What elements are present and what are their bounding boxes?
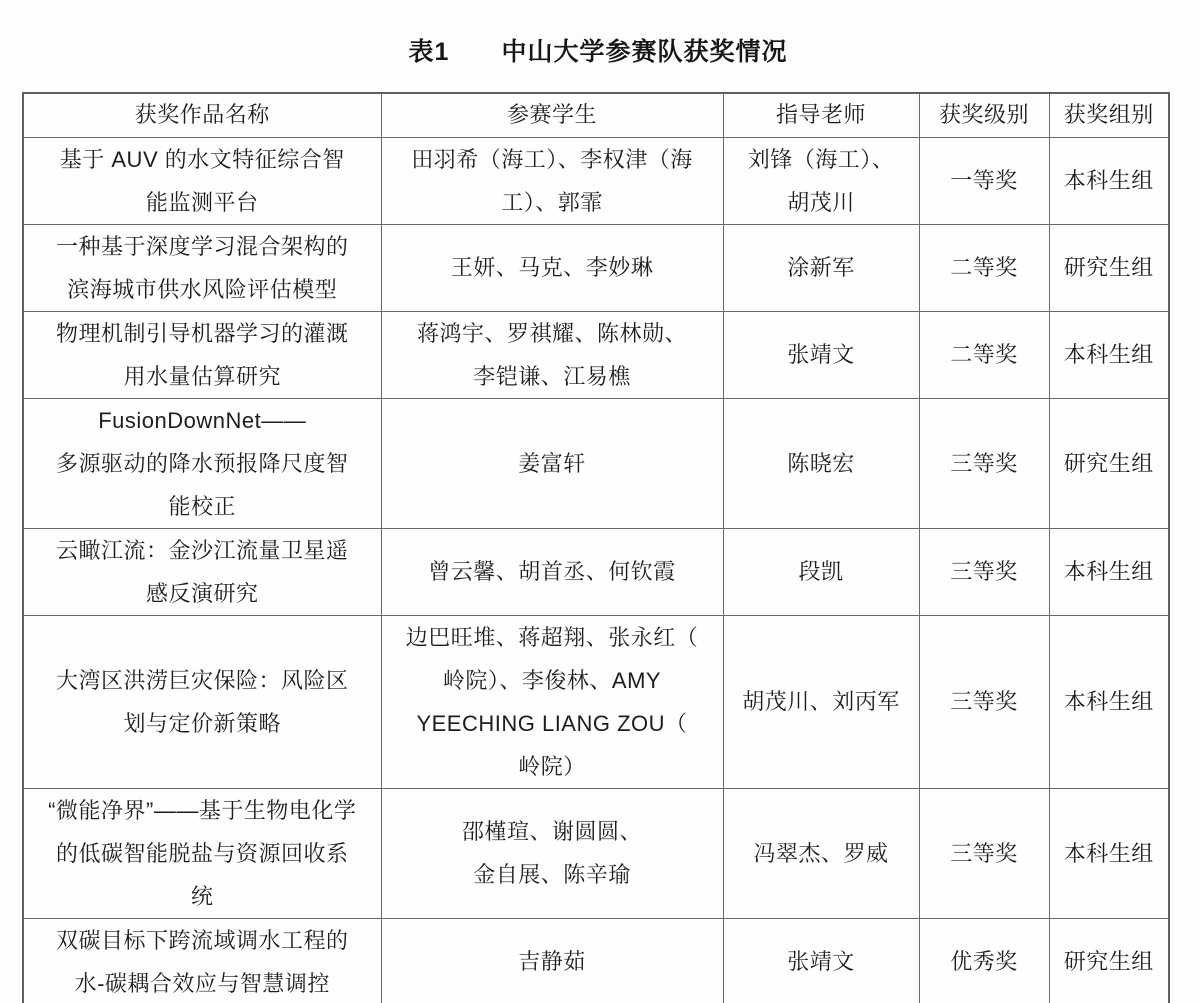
column-header: 获奖级别 (919, 93, 1049, 137)
cell-advisors: 冯翠杰、罗威 (723, 788, 919, 918)
cell-advisors: 刘锋（海工）、 胡茂川 (723, 137, 919, 224)
table-row: 双碳目标下跨流域调水工程的 水-碳耦合效应与智慧调控吉静茹张靖文优秀奖研究生组 (23, 918, 1169, 1003)
cell-award-level: 三等奖 (919, 788, 1049, 918)
table-row: FusionDownNet—— 多源驱动的降水预报降尺度智 能校正姜富轩陈晓宏三… (23, 398, 1169, 528)
cell-work-name: “微能净界”——基于生物电化学 的低碳智能脱盐与资源回收系 统 (23, 788, 381, 918)
cell-award-group: 本科生组 (1049, 528, 1169, 615)
table-row: 云瞰江流：金沙江流量卫星遥 感反演研究曾云馨、胡首丞、何钦霞段凯三等奖本科生组 (23, 528, 1169, 615)
cell-advisors: 段凯 (723, 528, 919, 615)
header-row: 获奖作品名称参赛学生指导老师获奖级别获奖组别 (23, 93, 1169, 137)
cell-work-name: 一种基于深度学习混合架构的 滨海城市供水风险评估模型 (23, 224, 381, 311)
cell-students: 曾云馨、胡首丞、何钦霞 (381, 528, 723, 615)
table-body: 基于 AUV 的水文特征综合智 能监测平台田羽希（海工）、李权津（海 工）、郭霏… (23, 137, 1169, 1003)
column-header: 参赛学生 (381, 93, 723, 137)
document-page: 表1中山大学参赛队获奖情况 获奖作品名称参赛学生指导老师获奖级别获奖组别 基于 … (0, 0, 1200, 1003)
cell-advisors: 陈晓宏 (723, 398, 919, 528)
awards-table: 获奖作品名称参赛学生指导老师获奖级别获奖组别 基于 AUV 的水文特征综合智 能… (22, 92, 1170, 1003)
cell-award-group: 研究生组 (1049, 918, 1169, 1003)
cell-work-name: FusionDownNet—— 多源驱动的降水预报降尺度智 能校正 (23, 398, 381, 528)
cell-advisors: 胡茂川、刘丙军 (723, 615, 919, 788)
cell-students: 田羽希（海工）、李权津（海 工）、郭霏 (381, 137, 723, 224)
table-title-text: 中山大学参赛队获奖情况 (501, 38, 787, 66)
cell-award-level: 三等奖 (919, 528, 1049, 615)
cell-work-name: 云瞰江流：金沙江流量卫星遥 感反演研究 (23, 528, 381, 615)
table-row: 基于 AUV 的水文特征综合智 能监测平台田羽希（海工）、李权津（海 工）、郭霏… (23, 137, 1169, 224)
cell-students: 邵槿瑄、谢圆圆、 金自展、陈辛瑜 (381, 788, 723, 918)
cell-award-group: 研究生组 (1049, 224, 1169, 311)
table-row: 一种基于深度学习混合架构的 滨海城市供水风险评估模型王妍、马克、李妙琳涂新军二等… (23, 224, 1169, 311)
cell-award-group: 本科生组 (1049, 788, 1169, 918)
cell-advisors: 涂新军 (723, 224, 919, 311)
cell-work-name: 大湾区洪涝巨灾保险：风险区 划与定价新策略 (23, 615, 381, 788)
cell-advisors: 张靖文 (723, 918, 919, 1003)
cell-award-group: 本科生组 (1049, 311, 1169, 398)
column-header: 获奖组别 (1049, 93, 1169, 137)
cell-award-level: 三等奖 (919, 398, 1049, 528)
table-row: 物理机制引导机器学习的灌溉 用水量估算研究蒋鸿宇、罗祺耀、陈林勋、 李铠谦、江易… (23, 311, 1169, 398)
page-title: 表1中山大学参赛队获奖情况 (22, 32, 1174, 68)
cell-advisors: 张靖文 (723, 311, 919, 398)
table-row: “微能净界”——基于生物电化学 的低碳智能脱盐与资源回收系 统邵槿瑄、谢圆圆、 … (23, 788, 1169, 918)
cell-award-level: 三等奖 (919, 615, 1049, 788)
cell-work-name: 基于 AUV 的水文特征综合智 能监测平台 (23, 137, 381, 224)
cell-work-name: 双碳目标下跨流域调水工程的 水-碳耦合效应与智慧调控 (23, 918, 381, 1003)
cell-students: 王妍、马克、李妙琳 (381, 224, 723, 311)
cell-students: 吉静茹 (381, 918, 723, 1003)
column-header: 指导老师 (723, 93, 919, 137)
cell-award-level: 二等奖 (919, 311, 1049, 398)
table-row: 大湾区洪涝巨灾保险：风险区 划与定价新策略边巴旺堆、蒋超翔、张永红（ 岭院）、李… (23, 615, 1169, 788)
cell-award-group: 研究生组 (1049, 398, 1169, 528)
cell-award-group: 本科生组 (1049, 615, 1169, 788)
cell-students: 边巴旺堆、蒋超翔、张永红（ 岭院）、李俊林、AMY YEECHING LIANG… (381, 615, 723, 788)
table-number-label: 表1 (409, 38, 450, 66)
cell-award-level: 二等奖 (919, 224, 1049, 311)
cell-award-group: 本科生组 (1049, 137, 1169, 224)
column-header: 获奖作品名称 (23, 93, 381, 137)
cell-work-name: 物理机制引导机器学习的灌溉 用水量估算研究 (23, 311, 381, 398)
cell-students: 姜富轩 (381, 398, 723, 528)
cell-award-level: 一等奖 (919, 137, 1049, 224)
cell-students: 蒋鸿宇、罗祺耀、陈林勋、 李铠谦、江易樵 (381, 311, 723, 398)
cell-award-level: 优秀奖 (919, 918, 1049, 1003)
